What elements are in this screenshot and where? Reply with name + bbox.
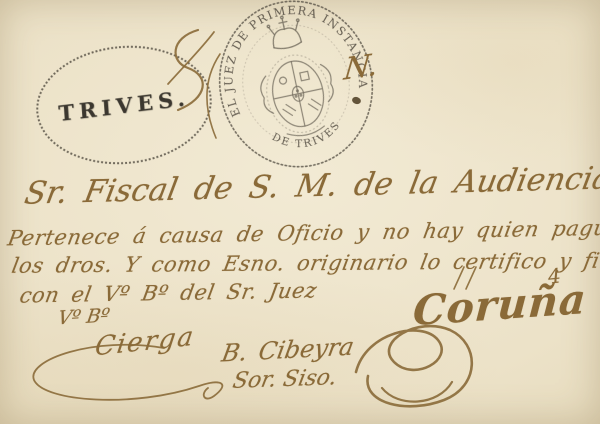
body-line-2: los dros. Y como Esno. originario lo cer… bbox=[10, 248, 600, 278]
signature-flourish-icon bbox=[14, 340, 244, 416]
paraph-flourish-icon bbox=[158, 22, 220, 118]
visto-bueno-mark: Vº Bº bbox=[56, 305, 111, 330]
body-line-3: con el Vº Bº del Sr. Juez bbox=[18, 278, 319, 307]
rubric-knot-icon bbox=[338, 316, 480, 420]
numero-mark: N. bbox=[342, 47, 379, 88]
judicial-seal-stamp: EL JUEZ DE PRIMERA INSTANCIA DE TRIVES bbox=[200, 0, 392, 185]
signer-role: Sor. Siso. bbox=[231, 365, 339, 394]
address-line: Sr. Fiscal de S. M. de la Audiencia bbox=[22, 160, 600, 212]
body-line-1: Pertenece á causa de Oficio y no hay qui… bbox=[6, 216, 600, 251]
signer-name: B. Cibeyra bbox=[220, 332, 357, 367]
letter-cover-scan: TRIVES. EL JUEZ DE PRIMERA INSTANCIA DE … bbox=[0, 0, 600, 424]
